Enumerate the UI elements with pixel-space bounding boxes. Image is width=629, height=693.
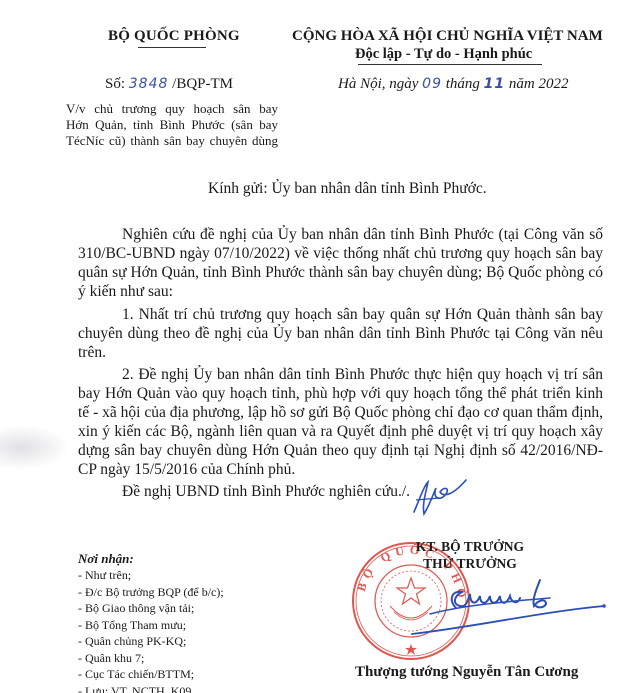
recipient-item: - Đ/c Bộ trưởng BQP (để b/c); bbox=[78, 584, 224, 601]
initials-signature-icon bbox=[410, 478, 470, 518]
addressee-greeting: Kính gửi: Ủy ban nhân dân tỉnh Bình Phướ… bbox=[208, 180, 487, 198]
recipient-item: - Quân chủng PK-KQ; bbox=[78, 633, 224, 650]
doc-number-handwritten: 3848 bbox=[129, 76, 169, 92]
year-text: năm 2022 bbox=[509, 76, 569, 92]
doc-number-prefix: Số: bbox=[105, 76, 125, 92]
handwritten-signature-icon bbox=[400, 570, 610, 640]
month-handwritten: 11 bbox=[484, 76, 505, 92]
national-motto: Độc lập - Tự do - Hạnh phúc bbox=[355, 46, 532, 63]
subject-line: Hớn Quản, tỉnh Bình Phước (sân bay bbox=[66, 117, 278, 133]
recipient-item: - Lưu: VT, NCTH. K09. bbox=[78, 683, 224, 693]
closing-line: Đề nghị UBND tỉnh Bình Phước nghiên cứu.… bbox=[122, 483, 410, 501]
motto-underline bbox=[358, 64, 542, 65]
document-number: Số: 3848 /BQP-TM bbox=[105, 76, 233, 93]
issuing-organization: BỘ QUỐC PHÒNG bbox=[108, 28, 240, 45]
signer-role: KT. BỘ TRƯỞNG THỨ TRƯỞNG bbox=[410, 538, 530, 572]
recipient-item: - Bộ Tổng Tham mưu; bbox=[78, 617, 224, 634]
scan-smudge bbox=[0, 425, 70, 470]
signer-name: Thượng tướng Nguyễn Tân Cương bbox=[355, 664, 578, 681]
recipients-title: Nơi nhận: bbox=[78, 551, 134, 567]
signer-role-line1: KT. BỘ TRƯỞNG bbox=[410, 538, 530, 555]
subject-summary: V/v chủ trương quy hoạch sân bay Hớn Quả… bbox=[66, 101, 278, 149]
body-paragraph-2: 2. Đề nghị Ủy ban nhân dân tỉnh Bình Phư… bbox=[78, 365, 603, 479]
recipient-item: - Quân khu 7; bbox=[78, 650, 224, 667]
national-title: CỘNG HÒA XÃ HỘI CHỦ NGHĨA VIỆT NAM bbox=[292, 28, 603, 45]
subject-line: V/v chủ trương quy hoạch sân bay bbox=[66, 101, 278, 117]
paragraph-text: 2. Đề nghị Ủy ban nhân dân tỉnh Bình Phư… bbox=[78, 365, 603, 479]
paragraph-text: 1. Nhất trí chủ trương quy hoạch sân bay… bbox=[78, 305, 603, 362]
recipient-item: - Cục Tác chiến/BTTM; bbox=[78, 666, 224, 683]
recipient-item: - Như trên; bbox=[78, 567, 224, 584]
body-paragraph-intro: Nghiên cứu đề nghị của Ủy ban nhân dân t… bbox=[78, 225, 603, 301]
subject-line: TécNíc cũ) thành sân bay chuyên dùng bbox=[66, 133, 278, 149]
recipient-item: - Bộ Giao thông vận tải; bbox=[78, 600, 224, 617]
body-paragraph-1: 1. Nhất trí chủ trương quy hoạch sân bay… bbox=[78, 305, 603, 362]
doc-number-suffix: /BQP-TM bbox=[172, 76, 233, 92]
place-date-prefix: Hà Nội, ngày bbox=[338, 76, 418, 92]
month-label: tháng bbox=[446, 76, 480, 92]
place-date: Hà Nội, ngày 09 tháng 11 năm 2022 bbox=[338, 76, 569, 93]
recipients-list: - Như trên; - Đ/c Bộ trưởng BQP (để b/c)… bbox=[78, 567, 224, 693]
day-handwritten: 09 bbox=[422, 76, 442, 92]
organization-underline bbox=[138, 47, 206, 48]
paragraph-text: Nghiên cứu đề nghị của Ủy ban nhân dân t… bbox=[78, 225, 603, 301]
